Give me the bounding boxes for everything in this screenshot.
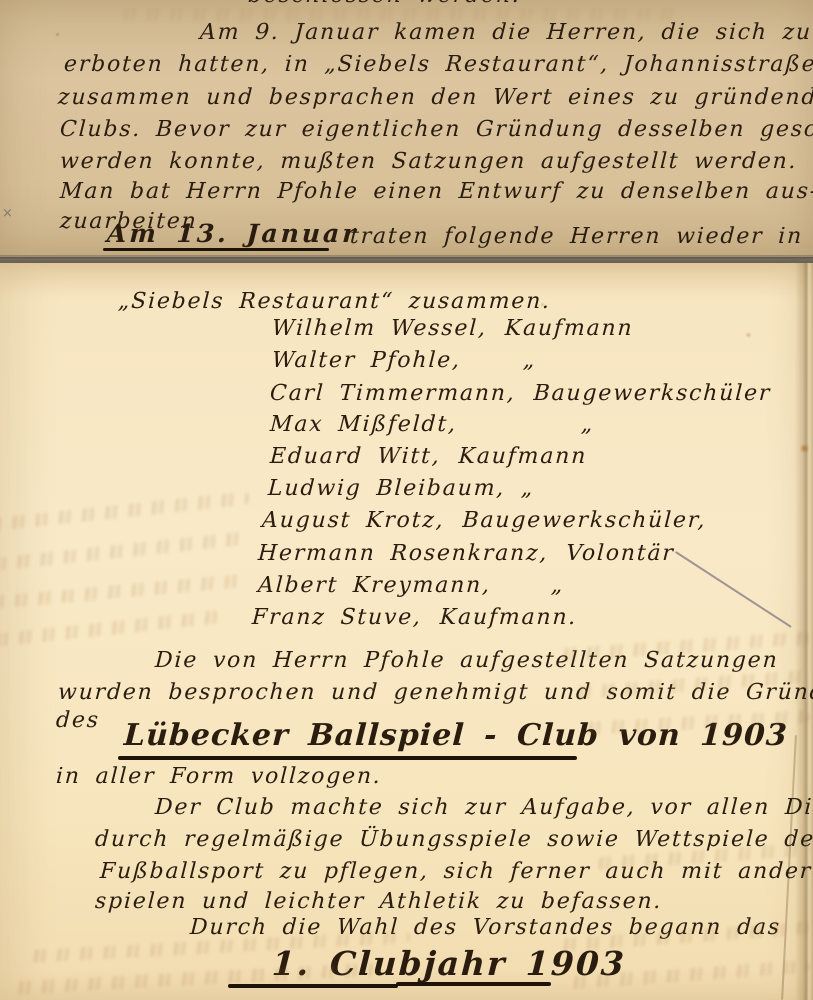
member-name: Carl Timmermann,: [269, 381, 516, 406]
member-occupation-ditto: „: [580, 414, 594, 436]
member-occupation-ditto: „: [520, 478, 534, 500]
member-occupation: Volontär: [566, 543, 676, 565]
member-name: Hermann Rosenkranz,: [257, 541, 549, 566]
member-name: August Krotz,: [261, 508, 445, 533]
member-row: Carl Timmermann,Baugewerkschüler: [269, 383, 771, 405]
clipped-top-line: beschlossen werden.: [247, 0, 521, 7]
chapter-underline-left: [228, 984, 398, 988]
foxing-spot: [540, 302, 545, 307]
member-occupation: Kaufmann: [458, 446, 588, 468]
paragraph3-line3: durch regelmäßige Übungsspiele sowie Wet…: [94, 829, 813, 851]
member-row: Ludwig Bleibaum,„: [267, 478, 505, 500]
paragraph1-line2: erboten hatten, in „Siebels Restaurant“,…: [63, 54, 813, 76]
date-line-rest: traten folgende Herren wieder in: [349, 226, 803, 248]
member-name: Walter Pfohle,: [271, 348, 461, 373]
foxing-spot: [799, 444, 810, 453]
member-row: Wilhelm Wessel,Kaufmann: [271, 318, 634, 340]
member-occupation: Kaufmann: [504, 318, 634, 340]
paragraph2-line3: des: [55, 710, 100, 732]
member-row: August Krotz,Baugewerkschüler,: [261, 510, 707, 532]
member-row: Franz Stuve,Kaufmann.: [251, 607, 577, 629]
member-name: Wilhelm Wessel,: [271, 316, 487, 341]
margin-x-mark: ×: [2, 206, 13, 221]
member-name: Max Mißfeldt,: [269, 412, 457, 437]
paragraph2-line1: Die von Herrn Pfohle aufgestellten Satzu…: [154, 650, 779, 672]
member-occupation: Kaufmann.: [439, 607, 578, 629]
member-occupation: Baugewerkschüler,: [462, 510, 707, 532]
bleedthrough-text: [120, 8, 680, 21]
paragraph3-line5: spielen und leichter Athletik zu befasse…: [94, 891, 662, 913]
member-name: Franz Stuve,: [251, 605, 422, 630]
member-row: Albert Kreymann,„: [257, 575, 491, 597]
member-row: Walter Pfohle,„: [271, 350, 461, 372]
member-name: Albert Kreymann,: [257, 573, 491, 598]
member-occupation: Baugewerkschüler: [533, 383, 772, 405]
foxing-spot: [745, 332, 752, 338]
paragraph1-line4: Clubs. Bevor zur eigentlichen Gründung d…: [59, 119, 813, 141]
member-row: Eduard Witt,Kaufmann: [269, 446, 587, 468]
date-underline: [103, 248, 329, 251]
paragraph1-line1: Am 9. Januar kamen die Herren, die sich …: [199, 22, 813, 44]
paragraph3-line1: in aller Form vollzogen.: [55, 766, 382, 788]
member-occupation-ditto: „: [550, 575, 564, 597]
member-row: Hermann Rosenkranz,Volontär: [257, 543, 675, 565]
paragraph1-line3: zusammen und besprachen den Wert eines z…: [57, 87, 813, 109]
date-heading: Am 13. Januar: [106, 221, 359, 246]
paragraph1-line5: werden konnte, mußten Satzungen aufgeste…: [59, 151, 798, 173]
member-name: Eduard Witt,: [269, 444, 441, 469]
paragraph1-line6: Man bat Herrn Pfohle einen Entwurf zu de…: [59, 181, 813, 203]
club-title-underline: [118, 756, 577, 760]
paragraph3-line4: Fußballsport zu pflegen, sich ferner auc…: [99, 861, 813, 883]
chapter-underline-right: [396, 982, 551, 986]
manuscript-page: beschlossen werden. Am 9. Januar kamen d…: [0, 0, 813, 1000]
foxing-spot: [55, 32, 60, 37]
member-row: Max Mißfeldt,„: [269, 414, 457, 436]
member-name: Ludwig Bleibaum,: [267, 476, 505, 501]
intro-line: „Siebels Restaurant“ zusammen.: [117, 291, 551, 313]
paragraph3-line2: Der Club machte sich zur Aufgabe, vor al…: [154, 797, 813, 819]
member-occupation-ditto: „: [522, 350, 536, 372]
